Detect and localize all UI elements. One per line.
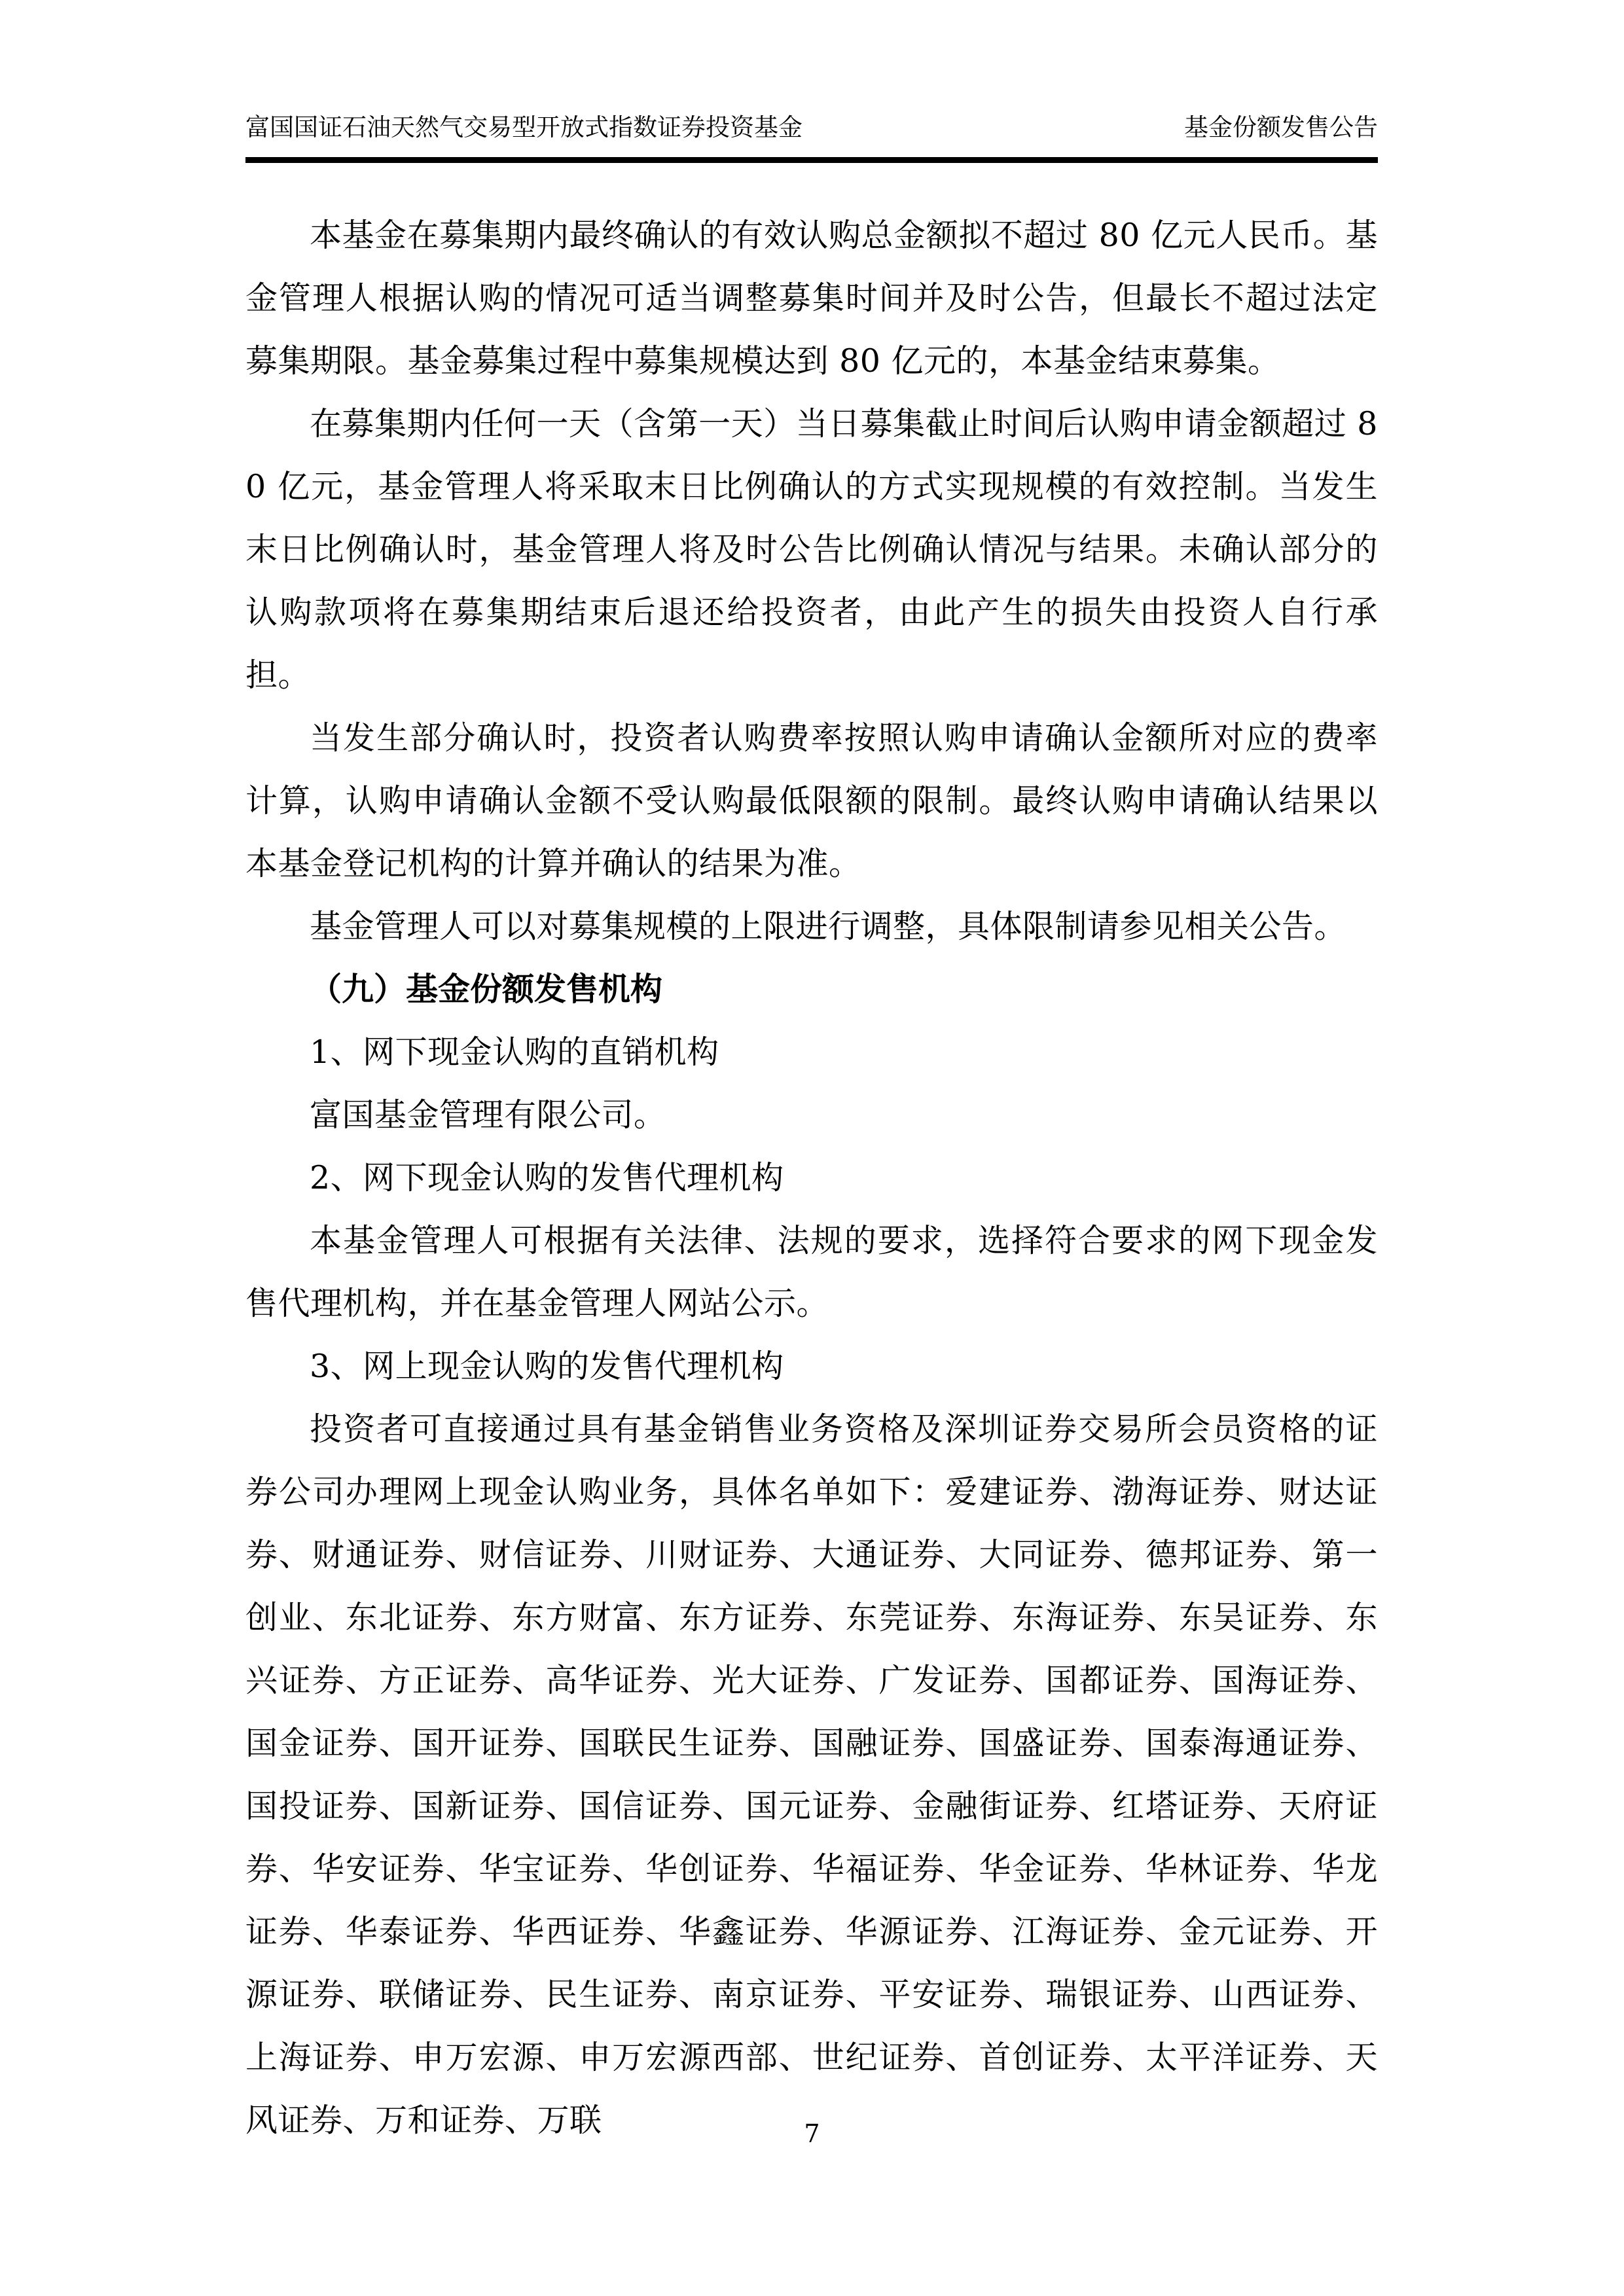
paragraph: 2、网下现金认购的发售代理机构 [245, 1147, 1378, 1210]
page-footer: 7 [0, 2119, 1624, 2149]
page-number: 7 [804, 2119, 820, 2148]
header-right-title: 基金份额发售公告 [1184, 113, 1378, 143]
page-header: 富国国证石油天然气交易型开放式指数证券投资基金 基金份额发售公告 [245, 113, 1378, 163]
paragraph: 在募集期内任何一天（含第一天）当日募集截止时间后认购申请金额超过 80 亿元，基… [245, 393, 1378, 707]
document-body: 本基金在募集期内最终确认的有效认购总金额拟不超过 80 亿元人民币。基金管理人根… [245, 204, 1378, 2152]
header-row: 富国国证石油天然气交易型开放式指数证券投资基金 基金份额发售公告 [245, 113, 1378, 143]
paragraph: 投资者可直接通过具有基金销售业务资格及深圳证券交易所会员资格的证券公司办理网上现… [245, 1398, 1378, 2152]
header-left-title: 富国国证石油天然气交易型开放式指数证券投资基金 [245, 113, 803, 143]
document-page: 富国国证石油天然气交易型开放式指数证券投资基金 基金份额发售公告 本基金在募集期… [0, 0, 1624, 2296]
paragraph: 当发生部分确认时，投资者认购费率按照认购申请确认金额所对应的费率计算，认购申请确… [245, 707, 1378, 895]
paragraph: 1、网下现金认购的直销机构 [245, 1021, 1378, 1084]
paragraph: 3、网上现金认购的发售代理机构 [245, 1335, 1378, 1398]
header-rule [245, 157, 1378, 163]
section-heading: （九）基金份额发售机构 [245, 958, 1378, 1021]
paragraph: 基金管理人可以对募集规模的上限进行调整，具体限制请参见相关公告。 [245, 895, 1378, 958]
paragraph: 本基金在募集期内最终确认的有效认购总金额拟不超过 80 亿元人民币。基金管理人根… [245, 204, 1378, 393]
paragraph: 本基金管理人可根据有关法律、法规的要求，选择符合要求的网下现金发售代理机构，并在… [245, 1210, 1378, 1335]
paragraph: 富国基金管理有限公司。 [245, 1084, 1378, 1147]
